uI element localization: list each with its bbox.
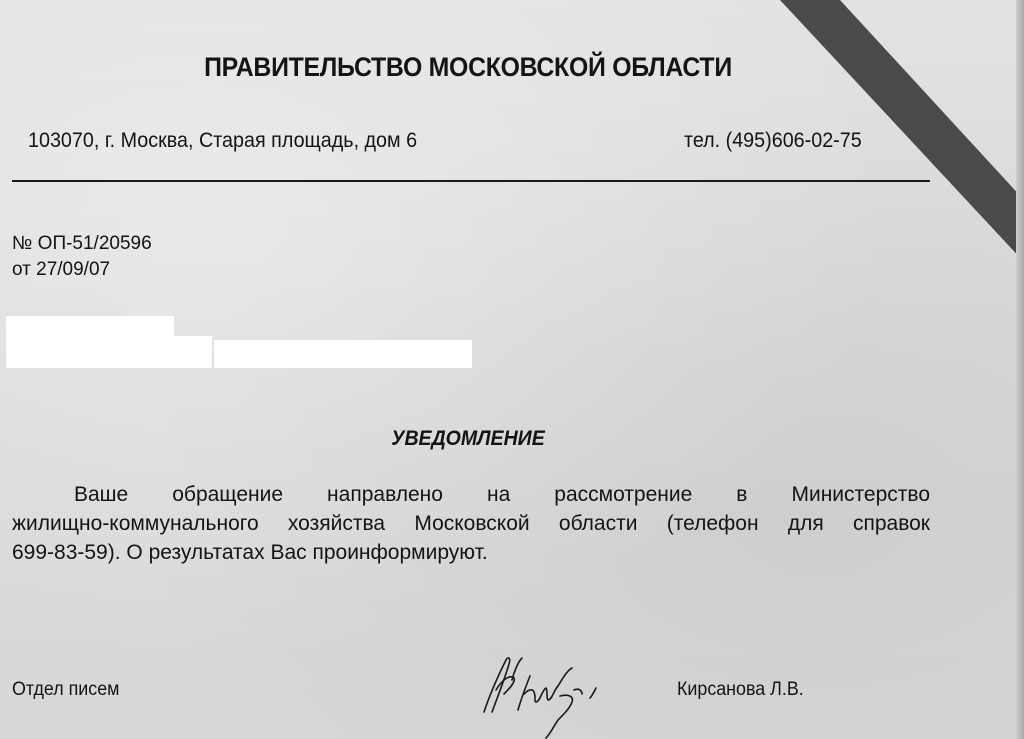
notice-body: Ваше обращение направлено на рассмотрени… xyxy=(12,480,930,567)
redaction-block xyxy=(214,340,472,368)
signer-name: Кирсанова Л.В. xyxy=(677,679,804,701)
reference-number: № ОП-51/20596 xyxy=(12,233,152,255)
notice-body-line: жилищно-коммунального хозяйства Московск… xyxy=(12,509,930,538)
scanned-document: ПРАВИТЕЛЬСТВО МОСКОВСКОЙ ОБЛАСТИ 103070,… xyxy=(0,0,1024,739)
redaction-block xyxy=(6,336,212,368)
diagonal-stripe-mark xyxy=(0,0,1024,739)
organization-phone: тел. (495)606-02-75 xyxy=(684,129,862,153)
notice-body-line: 699-83-59). О результатах Вас проинформи… xyxy=(12,538,930,567)
handwritten-signature-icon xyxy=(478,650,628,739)
department-name: Отдел писем xyxy=(12,679,119,701)
organization-name: ПРАВИТЕЛЬСТВО МОСКОВСКОЙ ОБЛАСТИ xyxy=(37,52,898,83)
organization-address: 103070, г. Москва, Старая площадь, дом 6 xyxy=(28,129,417,153)
notice-body-line: Ваше обращение направлено на рассмотрени… xyxy=(12,480,930,509)
scan-edge-shadow xyxy=(1016,0,1024,739)
header-divider xyxy=(12,180,930,182)
reference-date: от 27/09/07 xyxy=(12,259,110,281)
notice-title: УВЕДОМЛЕНИЕ xyxy=(33,427,903,451)
